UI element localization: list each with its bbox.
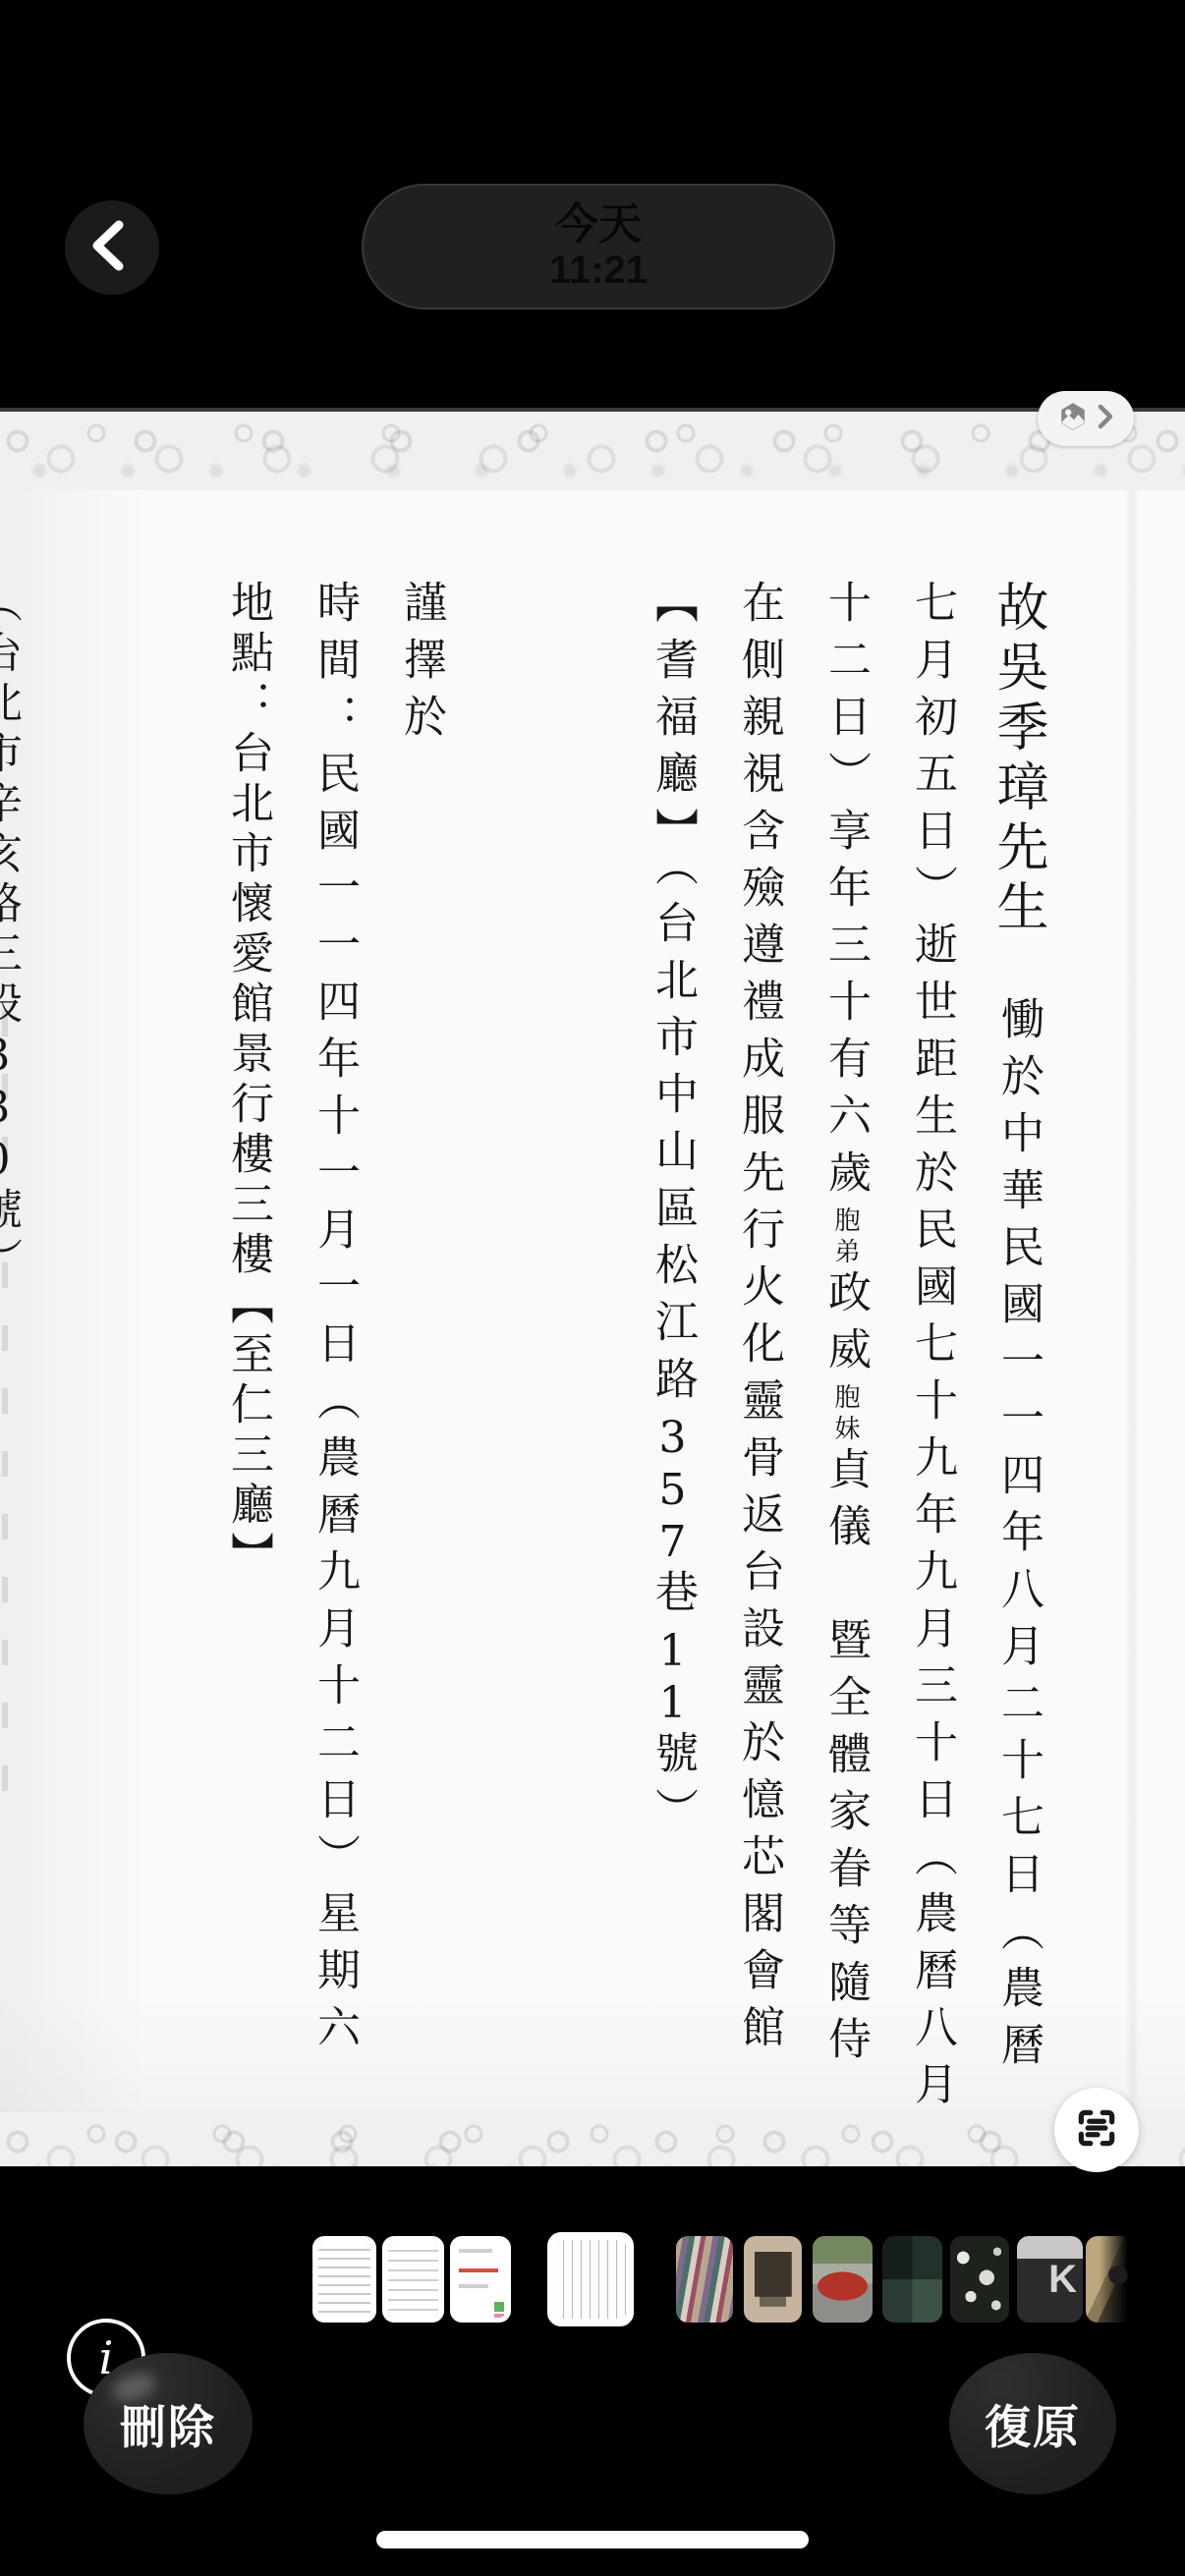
thumbnail-document-2[interactable] [382,2236,444,2323]
revert-button-label: 復原 [985,2391,1081,2457]
thumbnail-photo-door[interactable] [744,2236,802,2323]
lace-border-top [0,412,1185,490]
back-button[interactable] [65,200,159,295]
thumbnail-photo-shelves[interactable] [676,2236,733,2323]
revert-button[interactable]: 復原 [949,2353,1116,2494]
chevron-right-icon [1097,404,1114,434]
photo-stack-icon [1057,401,1089,437]
home-indicator-bar[interactable] [376,2531,809,2548]
notice-column-2: 七月初五日）逝世距生於民國七十九年九月三十日（農曆八月 [888,580,975,2152]
live-text-scan-icon [1073,2104,1120,2156]
date-time-pill[interactable]: 今天 11:21 [362,184,835,309]
photos-app-screen: 今天 11:21 故吳季璋先生 慟於中華民國一一四年八月二十七日（農曆 七月初五… [0,0,1185,2576]
thumbnail-current-notice[interactable] [547,2232,634,2326]
thumbnail-photo-flowers[interactable] [950,2236,1009,2323]
thumbnail-k-label: K [1048,2258,1077,2302]
live-text-button[interactable] [1054,2088,1139,2172]
notice-column-6: 謹擇於 [377,580,464,2152]
notice-column-8: 地點：台北市懷愛館景行樓三樓【至仁三廳】 [204,580,291,2152]
relation-label-brother: 胞弟 [830,1206,860,1269]
date-label: 今天 [555,203,642,247]
thumbnail-photo-red-car[interactable] [813,2236,873,2323]
time-label: 11:21 [549,251,648,290]
notice-column-9: （台北市辛亥路三段330號） [0,580,39,2152]
thumbnail-photo-collage[interactable] [882,2236,942,2323]
thumbnail-document-3[interactable] [450,2236,511,2323]
chevron-left-icon [65,198,159,298]
delete-button[interactable]: 刪除 [84,2353,253,2494]
photo-stack-badge[interactable] [1038,391,1134,446]
photo-funeral-notice[interactable]: 故吳季璋先生 慟於中華民國一一四年八月二十七日（農曆 七月初五日）逝世距生於民國… [0,408,1185,2166]
notice-column-4: 在側親視含殮遵禮成服先行火化靈骨返台設靈於憶芯閣會館 [715,580,802,2152]
thumbnail-photo-envelope[interactable] [1086,2236,1132,2323]
delete-button-label: 刪除 [120,2391,216,2457]
notice-column-3: 十二日）享年三十有六歲胞弟政威胞妹貞儀 暨全體家眷等隨侍 [802,580,888,2152]
notice-column-7: 時間：民國一一四年十一月一日（農曆九月十二日）星期六 [291,580,377,2152]
relation-label-sister: 胞妹 [830,1383,860,1446]
thumbnail-photo-k-car[interactable]: K [1017,2236,1083,2323]
thumbnail-document-1[interactable] [312,2236,376,2323]
notice-column-1: 故吳季璋先生 慟於中華民國一一四年八月二十七日（農曆 [975,580,1061,2152]
obituary-text: 故吳季璋先生 慟於中華民國一一四年八月二十七日（農曆 七月初五日）逝世距生於民國… [0,580,1061,2152]
notice-column-5: 【耆福廳】（台北市中山區松江路357巷11號） [629,580,715,2152]
deceased-name: 故吳季璋先生 [988,580,1048,939]
